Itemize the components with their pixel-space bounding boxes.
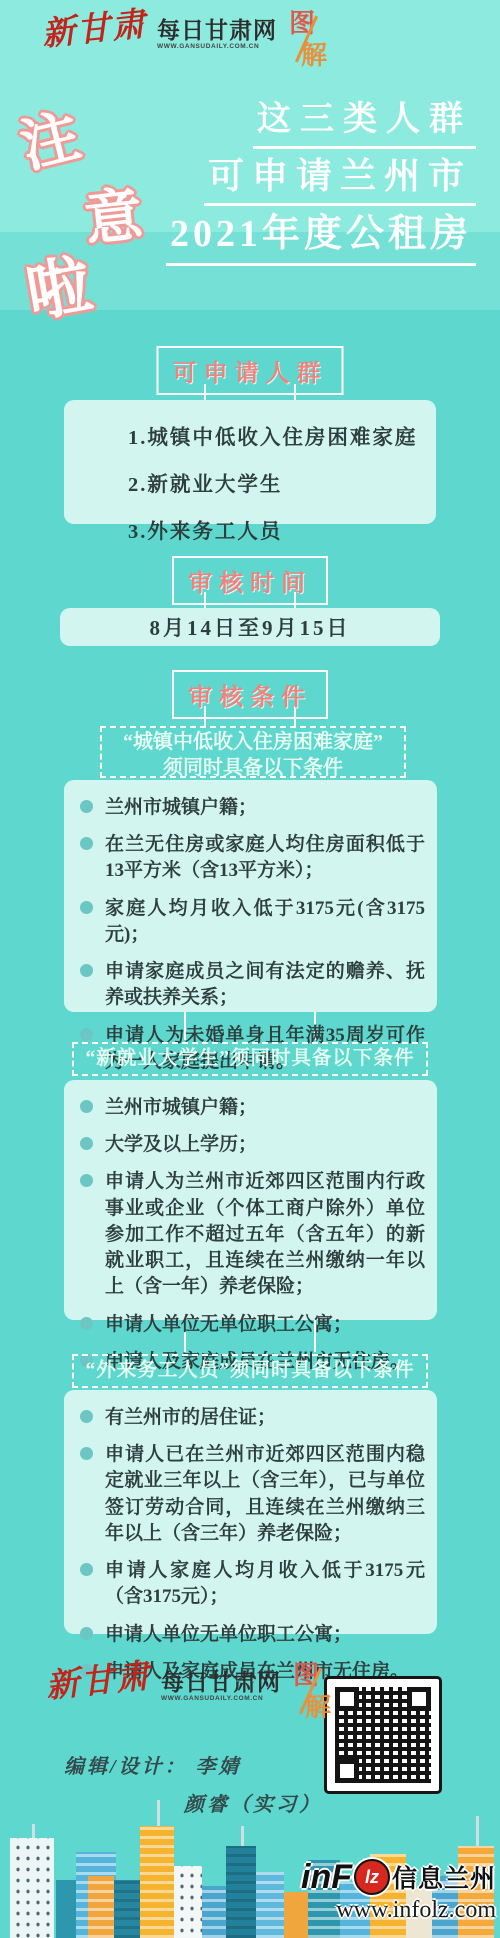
section-heading-applicants: 可申请人群: [157, 346, 344, 395]
group1-label-line1: “城镇中低收入住房困难家庭”: [102, 729, 404, 755]
badge-char-bottom: 解: [305, 1694, 331, 1720]
bullet-icon: [80, 1447, 93, 1460]
building: [88, 1876, 114, 1938]
qr-finder-icon: [335, 1687, 359, 1711]
xin-gansu-calligraphy-logo: 新甘肃: [45, 1661, 153, 1705]
building: [226, 1846, 256, 1938]
bullet-icon: [80, 1028, 93, 1041]
bullet-item: 申请家庭成员之间有法定的赡养、抚养或扶养关系；: [80, 959, 425, 1011]
bullet-icon: [80, 1137, 93, 1150]
review-time-value: 8月14日至9月15日: [150, 612, 351, 642]
bullet-icon: [80, 901, 93, 914]
group1-label-line2: 须同时具备以下条件: [102, 755, 404, 781]
credit-line-2: 颜睿（实习）: [184, 1788, 322, 1817]
condition-box-3: 有兰州市的居住证； 申请人已在兰州市近郊四区范围内稳定就业三年以上（含三年），已…: [64, 1390, 437, 1634]
title-line-3: 2021年度公租房: [166, 215, 476, 266]
applicant-item: 2.新就业大学生: [128, 467, 436, 497]
qr-pattern: [335, 1687, 431, 1783]
applicant-item: 3.外来务工人员: [128, 514, 436, 544]
daily-gansu-name: 每日甘肃网: [161, 1670, 281, 1695]
tujie-badge-icon: 图 解: [287, 10, 327, 68]
bullet-icon: [80, 1627, 93, 1640]
bullet-icon: [80, 837, 93, 850]
qr-code: [324, 1676, 442, 1794]
section-heading-review-time: 审核时间: [172, 556, 328, 605]
bullet-icon: [80, 1410, 93, 1423]
infolz-logo-row: inF lz 信息兰州: [301, 1859, 496, 1895]
bullet-item: 申请人单位无单位职工公寓；: [80, 1312, 425, 1338]
brand-url: WWW.GANSUDAILY.COM.CN: [157, 43, 277, 50]
infolz-chinese-name: 信息兰州: [392, 1859, 496, 1895]
page-title: 这三类人群 可申请兰州市 2021年度公租房: [166, 102, 476, 275]
condition-box-1: 兰州市城镇户籍； 在兰无住房或家庭人均住房面积低于13平方米（含13平方米）； …: [64, 780, 437, 1012]
bullet-icon: [80, 1100, 93, 1113]
section-heading-review-conditions: 审核条件: [172, 670, 328, 719]
review-time-box: 8月14日至9月15日: [60, 608, 440, 646]
title-line-1: 这三类人群: [253, 102, 476, 149]
building: [140, 1826, 174, 1938]
infolz-logo: inF lz 信息兰州 www.infolz.com: [301, 1859, 496, 1924]
bullet-item: 在兰无住房或家庭人均住房面积低于13平方米（含13平方米）；: [80, 832, 425, 884]
badge-char-bottom: 解: [301, 42, 327, 68]
building: [10, 1838, 54, 1938]
qr-finder-icon: [335, 1759, 359, 1783]
xin-gansu-calligraphy-logo: 新甘肃: [41, 9, 149, 53]
infographic-poster: 新甘肃 每日甘肃网 WWW.GANSUDAILY.COM.CN 图 解 注 意 …: [0, 0, 500, 1938]
bullet-icon: [80, 1563, 93, 1576]
bullet-icon: [80, 964, 93, 977]
building: [114, 1880, 140, 1938]
tujie-badge-icon: 图 解: [291, 1662, 331, 1720]
bullet-item: 大学及以上学历；: [80, 1132, 425, 1158]
bullet-item: 有兰州市的居住证；: [80, 1405, 425, 1431]
applicants-box: 1.城镇中低收入住房困难家庭 2.新就业大学生 3.外来务工人员: [64, 400, 436, 524]
building: [56, 1880, 76, 1938]
credits: 编辑/设计： 李婧 颜睿（实习）: [64, 1750, 322, 1817]
condition-group-label-1: “城镇中低收入住房困难家庭” 须同时具备以下条件: [100, 726, 406, 778]
condition-box-2: 兰州市城镇户籍； 大学及以上学历； 申请人为兰州市近郊四区范围内行政事业或企业（…: [64, 1080, 437, 1320]
brand-url: WWW.GANSUDAILY.COM.CN: [161, 1695, 281, 1702]
bullet-item: 兰州市城镇户籍；: [80, 1095, 425, 1121]
bullet-item: 申请人已在兰州市近郊四区范围内稳定就业三年以上（含三年），已与单位签订劳动合同，…: [80, 1442, 425, 1547]
bullet-item: 申请人单位无单位职工公寓；: [80, 1622, 425, 1648]
attention-char-2: 意: [80, 167, 146, 257]
credit-line-1: 编辑/设计： 李婧: [64, 1750, 322, 1779]
infolz-inf-text: inF: [301, 1860, 352, 1894]
title-line-2: 可申请兰州市: [204, 158, 476, 207]
brand-footer: 新甘肃 每日甘肃网 WWW.GANSUDAILY.COM.CN 图 解: [46, 1666, 331, 1720]
bullet-item: 兰州市城镇户籍；: [80, 795, 425, 821]
building: [202, 1886, 226, 1938]
qr-finder-icon: [407, 1687, 431, 1711]
bullet-item: 家庭人均月收入低于3175元(含3175元)；: [80, 896, 425, 948]
condition-group-label-2: “新就业大学生”须同时具备以下条件: [72, 1042, 428, 1076]
bullet-item: 申请人家庭人均月收入低于3175元（含3175元）；: [80, 1558, 425, 1610]
daily-gansu-name: 每日甘肃网: [157, 18, 277, 43]
infolz-url: www.infolz.com: [301, 1897, 496, 1924]
bullet-item: 申请人为兰州市近郊四区范围内行政事业或企业（个体工商户除外）单位参加工作不超过五…: [80, 1169, 425, 1300]
building: [256, 1872, 284, 1938]
bullet-icon: [80, 800, 93, 813]
brand-header: 新甘肃 每日甘肃网 WWW.GANSUDAILY.COM.CN 图 解: [42, 14, 327, 68]
bullet-icon: [80, 1174, 93, 1187]
daily-gansu-logo: 每日甘肃网 WWW.GANSUDAILY.COM.CN: [157, 18, 277, 50]
daily-gansu-logo: 每日甘肃网 WWW.GANSUDAILY.COM.CN: [161, 1670, 281, 1702]
applicant-item: 1.城镇中低收入住房困难家庭: [128, 420, 436, 450]
infolz-lz-circle-icon: lz: [354, 1859, 390, 1895]
bullet-icon: [80, 1317, 93, 1330]
condition-group-label-3: “外来务工人员”须同时具备以下条件: [72, 1354, 428, 1388]
building: [174, 1866, 202, 1938]
